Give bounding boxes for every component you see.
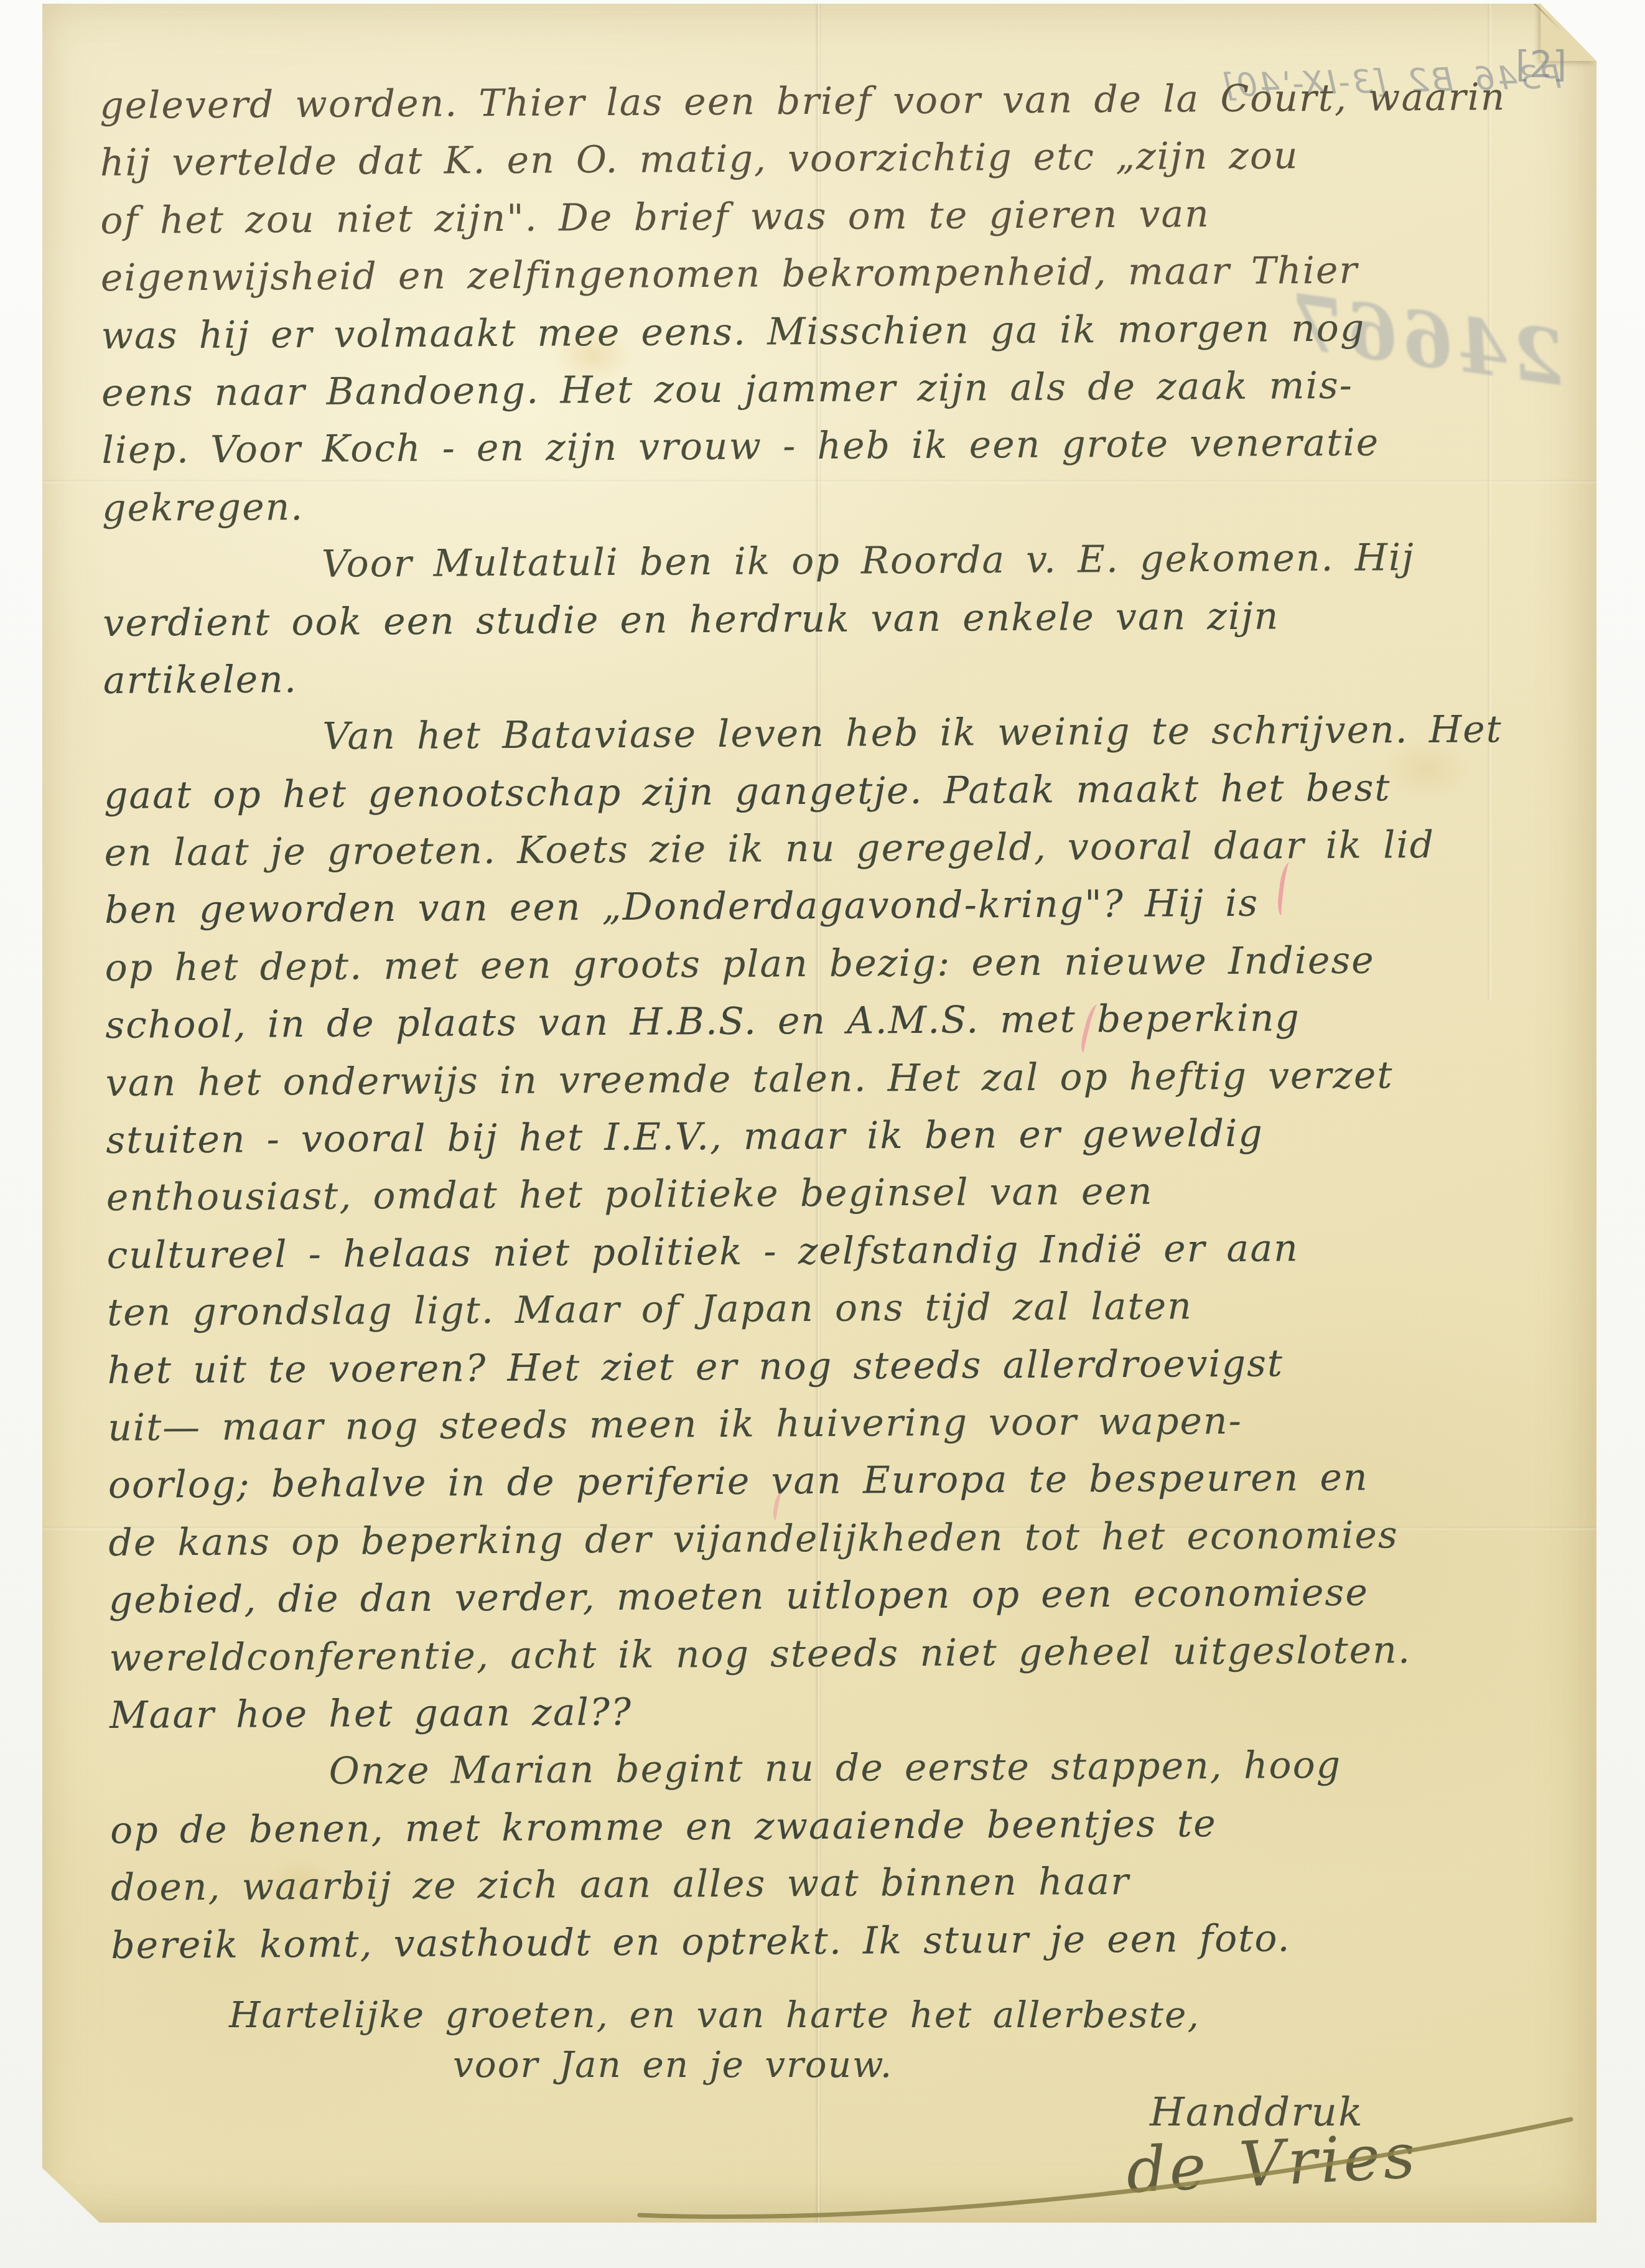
handwriting-line: verdient ook een studie en herdruk van e… <box>103 586 1578 652</box>
handwriting-line: de kans op beperking der vijandelijkhede… <box>108 1505 1583 1572</box>
closing-greeting: Hartelijke groeten, en van harte het all… <box>229 1994 1200 2036</box>
scanner-background: { "document_type": "handwritten letter (… <box>0 0 1645 2268</box>
letter-page: P346 B2 [3-IX-'40] [2] 24667 geleverd wo… <box>42 4 1596 2223</box>
handwriting-line: oorlog; behalve in de periferie van Euro… <box>108 1448 1583 1514</box>
handwriting-line: geleverd worden. Thier las een brief voo… <box>100 68 1575 135</box>
handwriting-line: ben geworden van een „Donderdagavond-kri… <box>105 873 1580 940</box>
handwriting-line: van het onderwijs in vreemde talen. Het … <box>106 1045 1581 1112</box>
handwriting-line: Van het Bataviase leven heb ik weinig te… <box>103 701 1578 767</box>
closing-recipients: voor Jan en je vrouw. <box>453 2043 893 2086</box>
handwriting-line: gekregen. <box>102 470 1577 537</box>
handwriting-line: was hij er volmaakt mee eens. Misschien … <box>101 298 1576 365</box>
handwriting-line: hij vertelde dat K. en O. matig, voorzic… <box>100 126 1575 192</box>
handwriting-line: op de benen, met kromme en zwaaiende bee… <box>110 1793 1585 1859</box>
signature: de Vries <box>1124 2119 1420 2207</box>
handwriting-line: eens naar Bandoeng. Het zou jammer zijn … <box>101 355 1577 422</box>
handwriting-line: gaat op het genootschap zijn gangetje. P… <box>104 758 1579 824</box>
handwriting-block: geleverd worden. Thier las een brief voo… <box>100 68 1586 1974</box>
handwriting-line: artikelen. <box>103 643 1578 709</box>
handwriting-line: Voor Multatuli ben ik op Roorda v. E. ge… <box>103 528 1578 595</box>
handwriting-line: gebied, die dan verder, moeten uitlopen … <box>109 1563 1584 1630</box>
handwriting-line: eigenwijsheid en zelfingenomen bekrompen… <box>101 241 1576 307</box>
handwriting-line: stuiten - vooral bij het I.E.V., maar ik… <box>106 1103 1581 1170</box>
handwriting-line: enthousiast, omdat het politieke beginse… <box>106 1160 1582 1227</box>
handwriting-line: bereik komt, vasthoudt en optrekt. Ik st… <box>111 1908 1586 1974</box>
handwriting-line: en laat je groeten. Koets zie ik nu gere… <box>104 816 1579 882</box>
handwriting-line: Maar hoe het gaan zal?? <box>110 1678 1585 1744</box>
handwriting-line: op het dept. met een groots plan bezig: … <box>105 930 1580 997</box>
handwriting-line: doen, waarbij ze zich aan alles wat binn… <box>110 1850 1585 1917</box>
handwriting-line: het uit te voeren? Het ziet er nog steed… <box>107 1333 1582 1399</box>
handwriting-line: of het zou niet zijn". De brief was om t… <box>100 183 1575 250</box>
handwriting-line: Onze Marian begint nu de eerste stappen,… <box>110 1735 1585 1802</box>
signature-flourish-underline <box>635 2111 1593 2229</box>
handwriting-line: wereldconferentie, acht ik nog steeds ni… <box>109 1620 1584 1687</box>
handwriting-line: cultureel - helaas niet politiek - zelfs… <box>106 1218 1582 1284</box>
handwriting-line: ten grondslag ligt. Maar of Japan ons ti… <box>107 1276 1582 1342</box>
handwriting-line: liep. Voor Koch - en zijn vrouw - heb ik… <box>101 413 1577 480</box>
handwriting-line: school, in de plaats van H.B.S. en A.M.S… <box>105 988 1580 1055</box>
handwriting-line: uit— maar nog steeds meen ik huivering v… <box>108 1390 1583 1457</box>
